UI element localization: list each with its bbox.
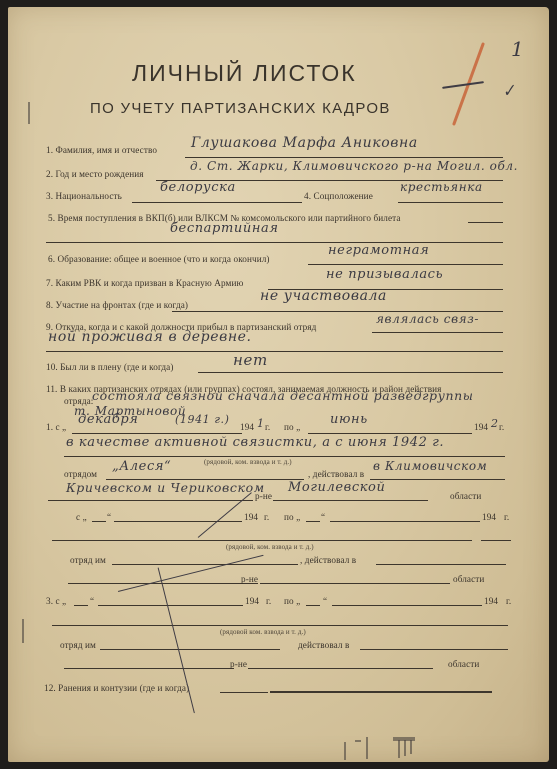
entry-2-rayon-label: р-не [241,574,258,584]
entry-3-to-quote: “ [323,596,327,606]
field-2-value: д. Ст. Жарки, Климовичского р-на Могил. … [190,159,518,173]
entry-1-from-year-digit: 1 [257,417,265,430]
entry-2-to-quote: “ [321,512,325,522]
entry-1-acted-label: , действовал в [308,469,364,479]
field-5-value: беспартийная [170,221,279,236]
entry-1-to-year: 194 [474,422,488,432]
entry-1-to-year-digit: 2 [491,417,499,430]
entry-3-otryad-label: отряд им [60,640,96,650]
entry-1-from-label: 1. с „ [46,422,66,432]
entry-2-year-suffix: г. [264,512,269,522]
entry-3-position-caption: (рядовой ком. взвода и т. д.) [220,628,306,636]
entry-2-position-caption: (рядовой, ком. взвода и т. д.) [226,543,314,551]
entry-2-to-year: 194 [482,512,496,522]
entry-2-to-label: по „ [284,512,300,522]
field-7-label: 7. Каким РВК и когда призван в Красную А… [46,278,243,288]
entry-3-year-suffix: г. [266,596,271,606]
entry-1-from-day: декабря [78,412,139,427]
entry-1-position-caption: (рядовой, ком. взвода и т. д.) [204,458,292,466]
field-6-value: неграмотная [328,243,429,258]
entry-1-rayon-label: р-не [255,491,272,501]
entry-2-otryad-label: отряд им [70,555,106,565]
entry-3-to-suffix: г. [506,596,511,606]
sheet-number: 1 [511,37,524,61]
stamp-mark [410,740,412,754]
entry-3-to-label: по „ [284,596,300,606]
stamp-mark [355,740,361,742]
field-11-hw-line1: состояла связной сначала десантной разве… [92,388,474,403]
field-3-label: 3. Национальность [46,191,122,201]
entry-1-from-year: 194 [240,422,254,432]
stamp-mark [366,737,368,759]
field-1-value: Глушакова Марфа Аниковна [191,135,418,151]
entry-3-year: 194 [245,596,259,606]
entry-1-region-value: Кричевском и Чериковском [66,480,265,495]
field-7-value: не призывалась [326,267,443,282]
field-1-label: 1. Фамилия, имя и отчество [46,145,157,155]
entry-3-acted-label: действовал в [298,640,349,650]
binding-mark [28,102,30,124]
stamp-mark [404,740,406,756]
entry-1-oblast-label: области [450,491,481,501]
document-subtitle: ПО УЧЕТУ ПАРТИЗАНСКИХ КАДРОВ [90,100,391,117]
entry-1-acted-value: в Климовичском [373,459,487,473]
field-12-label: 12. Ранения и контузии (где и когда) [44,683,189,693]
field-2-label: 2. Год и место рождения [46,169,144,179]
field-9-value-line1: являлась связ- [376,312,479,326]
field-6-label: 6. Образование: общее и военное (что и к… [48,254,270,264]
pen-stroke-mark [442,81,484,88]
entry-1-to-value: июнь [330,412,368,427]
entry-3-rayon-label: р-не [230,659,247,669]
field-4-value: крестьянка [400,180,483,194]
check-mark-icon: ✓ [500,80,518,101]
field-9-value-line2: ной проживая в деревне. [48,329,252,345]
entry-1-position: в качестве активной связистки, а с июня … [66,435,444,450]
binding-mark [22,619,24,643]
entry-1-oblast-value: Могилевской [288,480,385,495]
entry-2-acted-label: , действовал в [300,555,356,565]
entry-3-oblast-label: области [448,659,479,669]
field-10-label: 10. Был ли в плену (где и когда) [46,362,173,372]
entry-3-from-label: 3. с „ [46,596,66,606]
entry-2-to-suffix: г. [504,512,509,522]
entry-1-otryad-value: „Алеся“ [112,459,171,474]
entry-1-from-note: (1941 г.) [175,413,230,426]
field-4-label: 4. Соцположение [304,191,373,201]
document-page: ЛИЧНЫЙ ЛИСТОК ПО УЧЕТУ ПАРТИЗАНСКИХ КАДР… [8,7,549,762]
entry-3-to-year: 194 [484,596,498,606]
document-title: ЛИЧНЫЙ ЛИСТОК [132,60,357,87]
entry-3-quote: “ [90,596,94,606]
entry-2-quote: “ [107,512,111,522]
stamp-mark [344,742,346,760]
entry-1-year-suffix: г. [265,422,270,432]
field-10-value: нет [233,351,268,369]
entry-2-year: 194 [244,512,258,522]
field-3-value: белоруска [160,180,236,195]
entry-1-to-label: по „ [284,422,300,432]
entry-1-to-year-suffix: г. [499,422,504,432]
entry-2-oblast-label: области [453,574,484,584]
entry-1-otryad-label: отрядом [64,469,97,479]
entry-2-from-label: с „ [76,512,87,522]
field-8-value: не участвовала [260,288,387,304]
stamp-mark [398,740,400,758]
field-8-label: 8. Участие на фронтах (где и когда) [46,300,188,310]
